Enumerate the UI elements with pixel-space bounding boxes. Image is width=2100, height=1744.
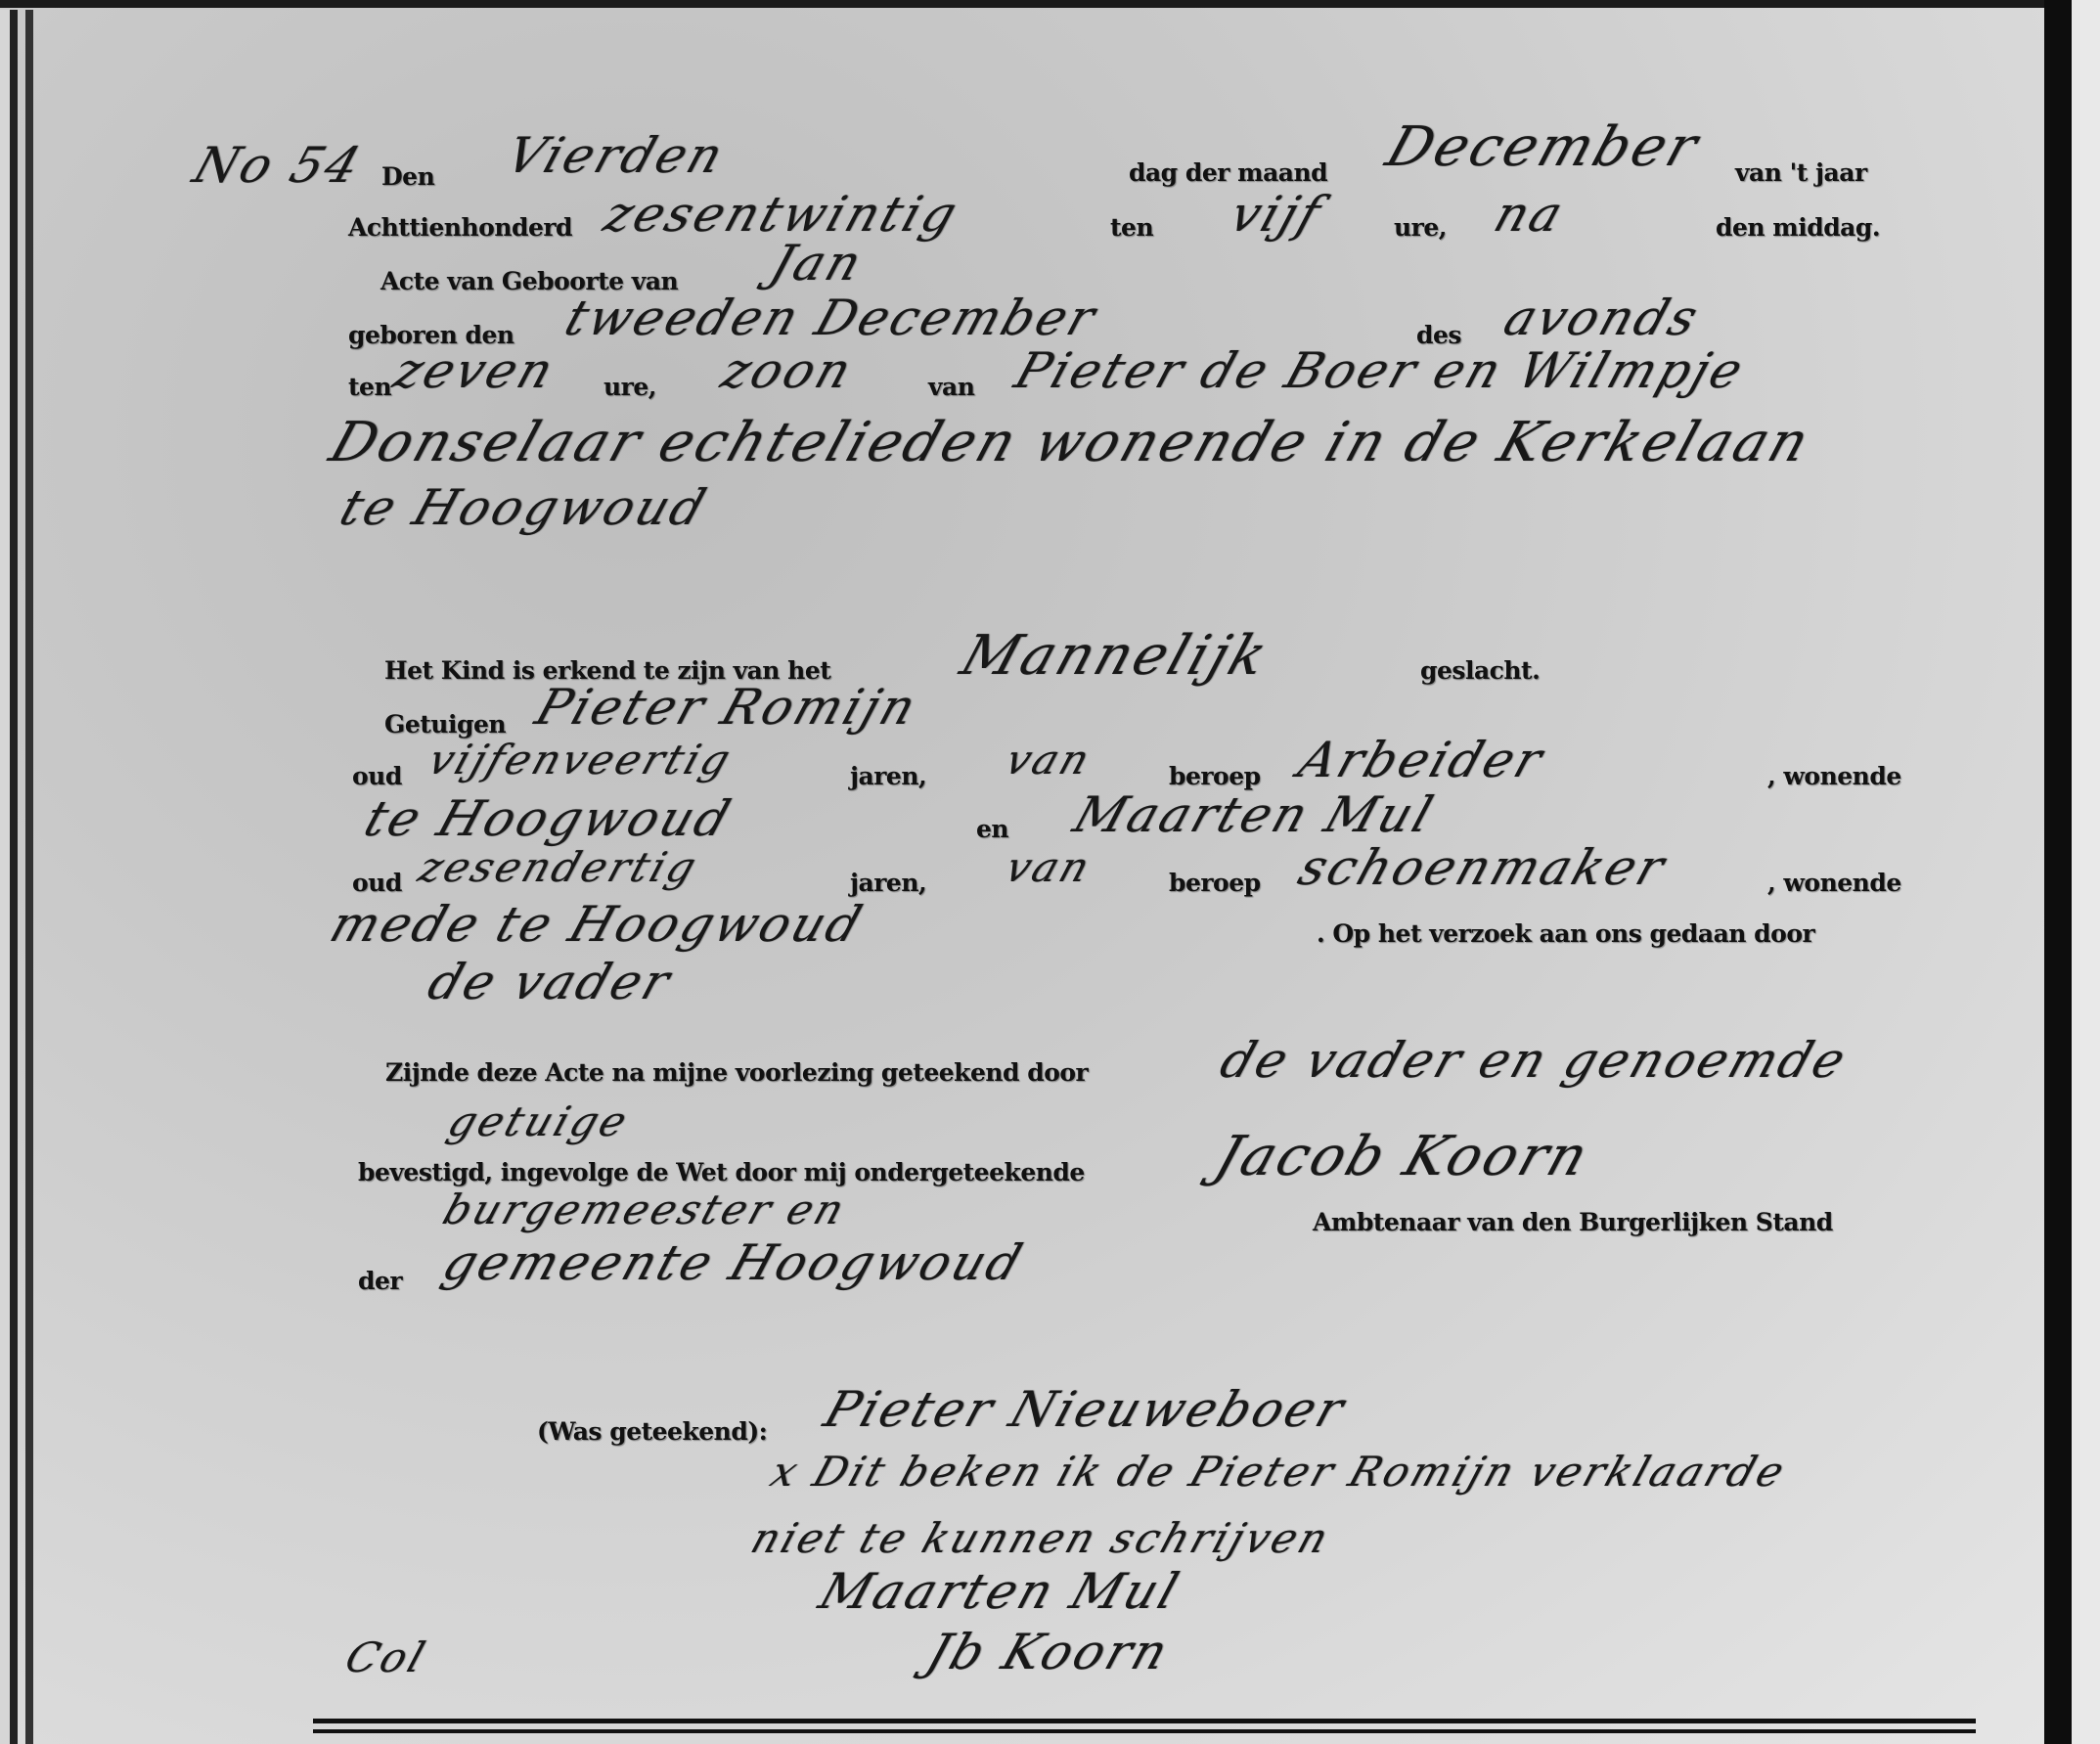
bottom-rule: [313, 1729, 1976, 1733]
binding-gap: [0, 10, 10, 1744]
label-was-geteekend: (Was geteekend):: [537, 1417, 767, 1446]
parents-line-1: Pieter de Boer en Wilmpje: [1008, 342, 1753, 399]
birth-date: tweeden December: [559, 290, 1105, 346]
witness2-name: Maarten Mul: [1067, 786, 1443, 843]
birth-hour: zeven: [387, 342, 563, 399]
page-right-edge: [2044, 0, 2072, 1744]
label-op-het-verzoek: . Op het verzoek aan ons gedaan door: [1317, 919, 1814, 948]
signature-maarten-mul: Maarten Mul: [813, 1563, 1188, 1620]
witness1-age: vijfenveertig: [423, 736, 738, 783]
label-bevestigd: bevestigd, ingevolge de Wet door mij ond…: [358, 1158, 1085, 1186]
label-getuigen: Getuigen: [384, 710, 506, 738]
act-number: No 54: [187, 137, 370, 194]
witness1-occupation: Arbeider: [1292, 732, 1552, 788]
sex-value: Mannelijk: [953, 624, 1276, 688]
relation: zoon: [715, 342, 862, 399]
label-beroep-2: beroep: [1169, 869, 1261, 897]
child-name: Jan: [764, 235, 871, 291]
label-oud-1: oud: [352, 762, 402, 790]
document-page: No 54 Den Vierden dag der maand December…: [0, 0, 2100, 1744]
signed-by-line-1: de vader en genoemde: [1214, 1032, 1855, 1089]
label-den-middag: den middag.: [1716, 213, 1880, 242]
label-van-t-jaar: van 't jaar: [1735, 158, 1867, 187]
official-name: Jacob Koorn: [1207, 1125, 1597, 1188]
label-zijnde: Zijnde deze Acte na mijne voorlezing get…: [385, 1058, 1088, 1087]
binding-line: [10, 10, 18, 1744]
parents-line-3: te Hoogwoud: [334, 479, 715, 536]
witness2-age: zesendertig: [413, 843, 704, 891]
label-van: van: [928, 373, 974, 401]
label-wonende-1: , wonende: [1767, 762, 1901, 790]
requested-by: de vader: [422, 954, 680, 1010]
note-line-2: niet te kunnen schrijven: [745, 1514, 1337, 1562]
municipality: gemeente Hoogwoud: [436, 1234, 1032, 1291]
label-geslacht: geslacht.: [1420, 656, 1540, 685]
label-ambtenaar: Ambtenaar van den Burgerlijken Stand: [1313, 1208, 1833, 1236]
label-ure: ure,: [1394, 213, 1447, 242]
binding-line: [25, 10, 33, 1744]
day-value: Vierden: [500, 127, 733, 184]
label-den: Den: [381, 162, 434, 191]
label-en: en: [976, 815, 1008, 843]
witness1-van: van: [1000, 736, 1098, 783]
label-jaren-2: jaren,: [850, 869, 926, 897]
signature-pieter-nieuweboer: Pieter Nieuweboer: [818, 1381, 1354, 1438]
hour-value: vijf: [1224, 186, 1330, 243]
margin-mark: Col: [339, 1633, 433, 1681]
witness2-occupation: schoenmaker: [1292, 839, 1675, 896]
time-of-day: avonds: [1497, 290, 1708, 346]
witness1-name: Pieter Romijn: [529, 679, 925, 736]
label-dag-der-maand: dag der maand: [1129, 158, 1327, 187]
witness2-residence: mede te Hoogwoud: [324, 896, 871, 953]
witness1-residence: te Hoogwoud: [358, 790, 739, 847]
official-title: burgemeester en: [437, 1185, 853, 1233]
parents-line-2: Donselaar echtelieden wonende in de Kerk…: [322, 411, 1818, 474]
witness2-van: van: [1000, 843, 1098, 891]
page-right-margin: [2072, 0, 2100, 1744]
label-jaren-1: jaren,: [850, 762, 926, 790]
label-ure-2: ure,: [603, 373, 656, 401]
bottom-rule: [313, 1719, 1976, 1723]
signature-jb-koorn: Jb Koorn: [920, 1624, 1178, 1680]
note-line-1: x Dit beken ik de Pieter Romijn verklaar…: [765, 1448, 1793, 1496]
label-oud-2: oud: [352, 869, 402, 897]
month-value: December: [1378, 115, 1708, 179]
label-ten-2: ten: [348, 373, 391, 401]
na-value: na: [1488, 186, 1573, 243]
label-der: der: [358, 1267, 402, 1295]
signed-by-line-2: getuige: [442, 1097, 636, 1145]
page-top-edge: [0, 0, 2100, 8]
label-ten: ten: [1110, 213, 1153, 242]
label-wonende-2: , wonende: [1767, 869, 1901, 897]
label-achttienhonderd: Achttienhonderd: [348, 213, 572, 242]
